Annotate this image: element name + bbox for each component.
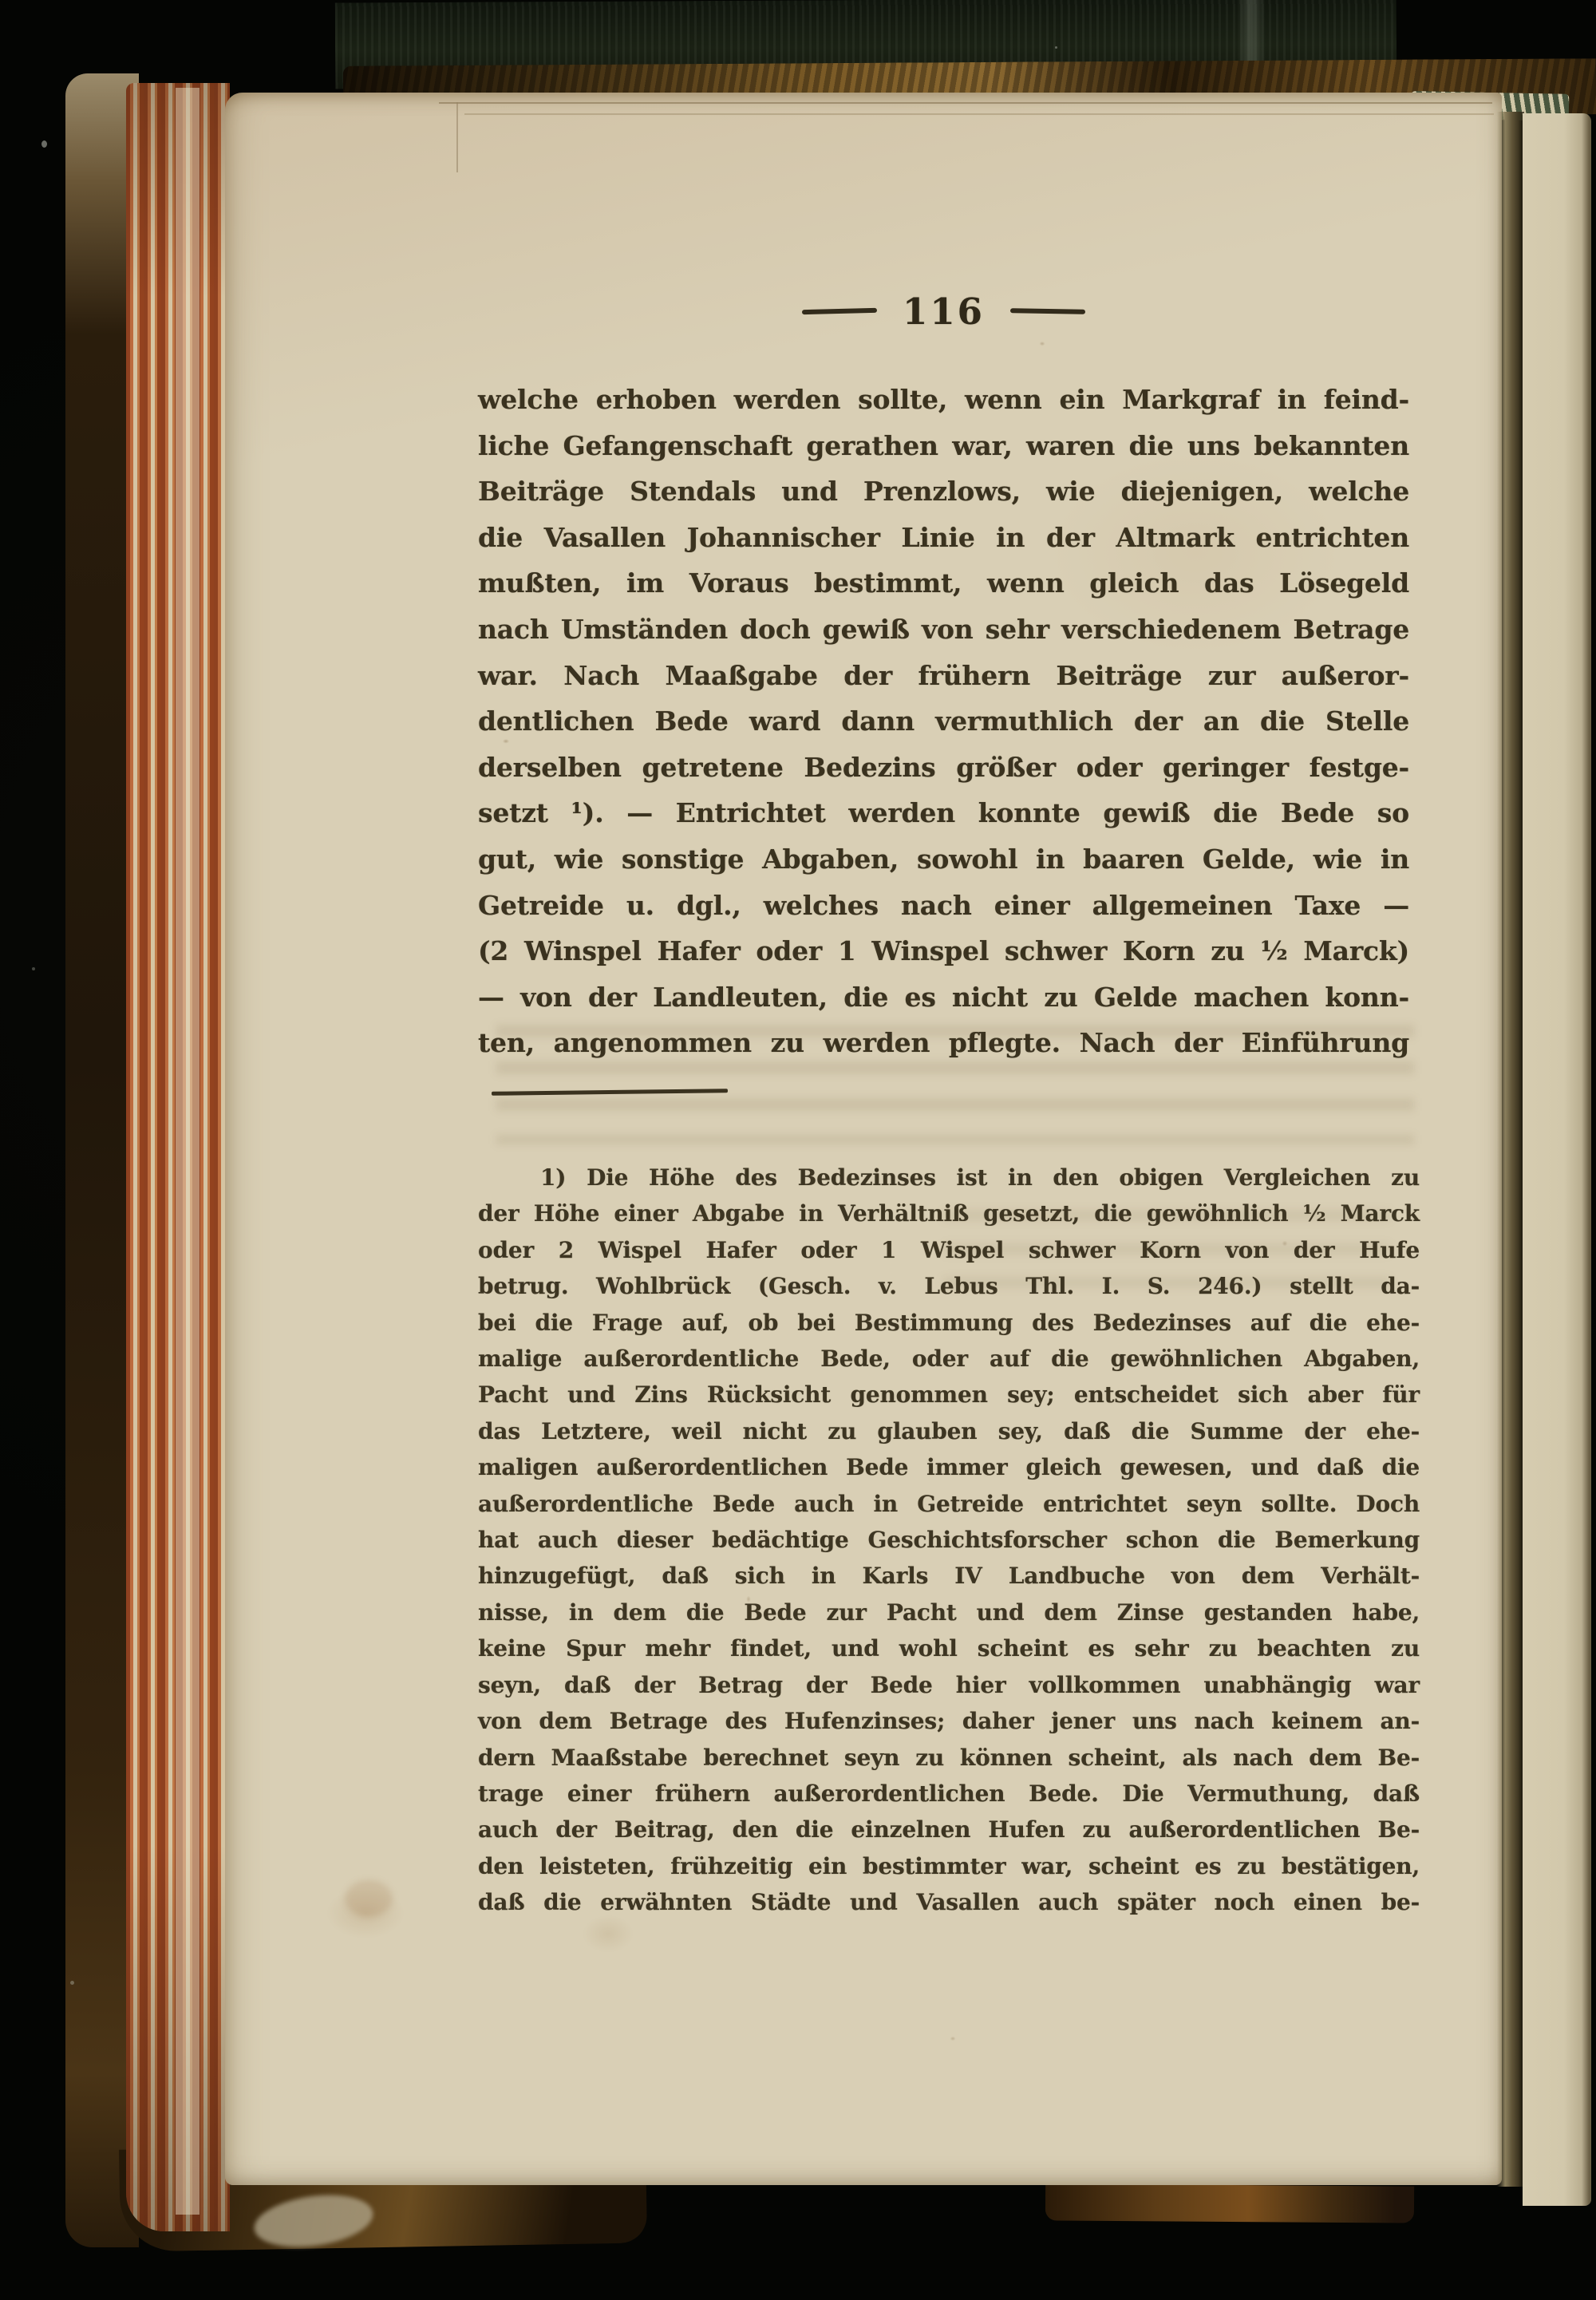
page-number: 116 (903, 290, 985, 333)
text-line: Getreide u. dgl., welches nach einer all… (478, 883, 1409, 929)
text-line: keine Spur mehr findet, und wohl scheint… (478, 1630, 1420, 1666)
gutter-shadow (1497, 112, 1524, 2187)
text-line: war. Nach Maaßgabe der frühern Beiträge … (478, 653, 1409, 699)
text-line: mußten, im Voraus bestimmt, wenn gleich … (478, 560, 1409, 607)
under-page-edge-line (439, 102, 1492, 104)
text-line: dern Maaßstabe berechnet seyn zu können … (478, 1740, 1420, 1776)
page-number-rule-left (802, 308, 877, 314)
text-line: (2 Winspel Hafer oder 1 Winspel schwer K… (478, 928, 1409, 974)
text-line: liche Gefangenschaft gerathen war, waren… (478, 423, 1409, 469)
book-cover-bottom-edge (1045, 2183, 1414, 2223)
text-line: hat auch dieser bedächtige Geschichtsfor… (478, 1522, 1420, 1558)
text-line: außerordentliche Bede auch in Getreide e… (478, 1486, 1420, 1522)
under-page-edge-line (464, 113, 1494, 115)
dust-speck (41, 140, 47, 148)
text-line: daß die erwähnten Städte und Vasallen au… (478, 1884, 1420, 1920)
text-line: bei die Frage auf, ob bei Bestimmung des… (478, 1305, 1420, 1341)
text-line: nisse, in dem die Bede zur Pacht und dem… (478, 1595, 1420, 1630)
dust-speck (32, 967, 35, 970)
open-book-scan: 116 welche erhoben werden sollte, wenn e… (0, 0, 1596, 2300)
text-line: die Vasallen Johannischer Linie in der A… (478, 515, 1409, 561)
text-line: malige außerordentliche Bede, oder auf d… (478, 1341, 1420, 1377)
text-line: Beiträge Stendals und Prenzlows, wie die… (478, 468, 1409, 515)
text-line: das Letztere, weil nicht zu glauben sey,… (478, 1413, 1420, 1449)
text-line: der Höhe einer Abgabe in Verhältniß gese… (478, 1195, 1420, 1231)
paper-stain (345, 1880, 393, 1917)
text-line: ten, angenommen zu werden pflegte. Nach … (478, 1020, 1409, 1066)
text-line: betrug. Wohlbrück (Gesch. v. Lebus Thl. … (478, 1268, 1420, 1304)
text-line: setzt ¹). — Entrichtet werden konnte gew… (478, 790, 1409, 836)
text-line: den leisteten, frühzeitig ein bestimmter… (478, 1848, 1420, 1884)
text-line: maligen außerordentlichen Bede immer gle… (478, 1449, 1420, 1485)
text-line: gut, wie sonstige Abgaben, sowohl in baa… (478, 836, 1409, 883)
dust-speck (70, 1981, 74, 1985)
under-page-edge-line (456, 102, 458, 172)
dust-speck (1055, 46, 1057, 49)
text-line: trage einer frühern außerordentlichen Be… (478, 1776, 1420, 1812)
page-header: 116 (478, 286, 1409, 337)
fore-edge-light-band (176, 88, 199, 2215)
page-number-rule-right (1010, 308, 1085, 314)
text-line: dentlichen Bede ward dann vermuthlich de… (478, 698, 1409, 745)
text-line: auch der Beitrag, den die einzelnen Hufe… (478, 1812, 1420, 1848)
text-line: — von der Landleuten, die es nicht zu Ge… (478, 974, 1409, 1021)
text-line: von dem Betrage des Hufenzinses; daher j… (478, 1703, 1420, 1739)
text-line: seyn, daß der Betrag der Bede hier vollk… (478, 1667, 1420, 1703)
facing-page-edge (1523, 113, 1591, 2206)
text-line: Pacht und Zins Rücksicht genommen sey; e… (478, 1377, 1420, 1413)
text-line: derselben getretene Bedezins größer oder… (478, 745, 1409, 791)
text-line: nach Umständen doch gewiß von sehr versc… (478, 607, 1409, 653)
text-line: 1) Die Höhe des Bedezinses ist in den ob… (478, 1160, 1420, 1195)
footnote-text: 1) Die Höhe des Bedezinses ist in den ob… (478, 1160, 1420, 1921)
text-line: oder 2 Wispel Hafer oder 1 Wispel schwer… (478, 1232, 1420, 1268)
main-text: welche erhoben werden sollte, wenn ein M… (478, 377, 1409, 1066)
page-stack-fore-edge (126, 83, 230, 2231)
book-page: 116 welche erhoben werden sollte, wenn e… (225, 93, 1502, 2185)
text-line: hinzugefügt, daß sich in Karls IV Landbu… (478, 1558, 1420, 1594)
text-line: welche erhoben werden sollte, wenn ein M… (478, 377, 1409, 423)
